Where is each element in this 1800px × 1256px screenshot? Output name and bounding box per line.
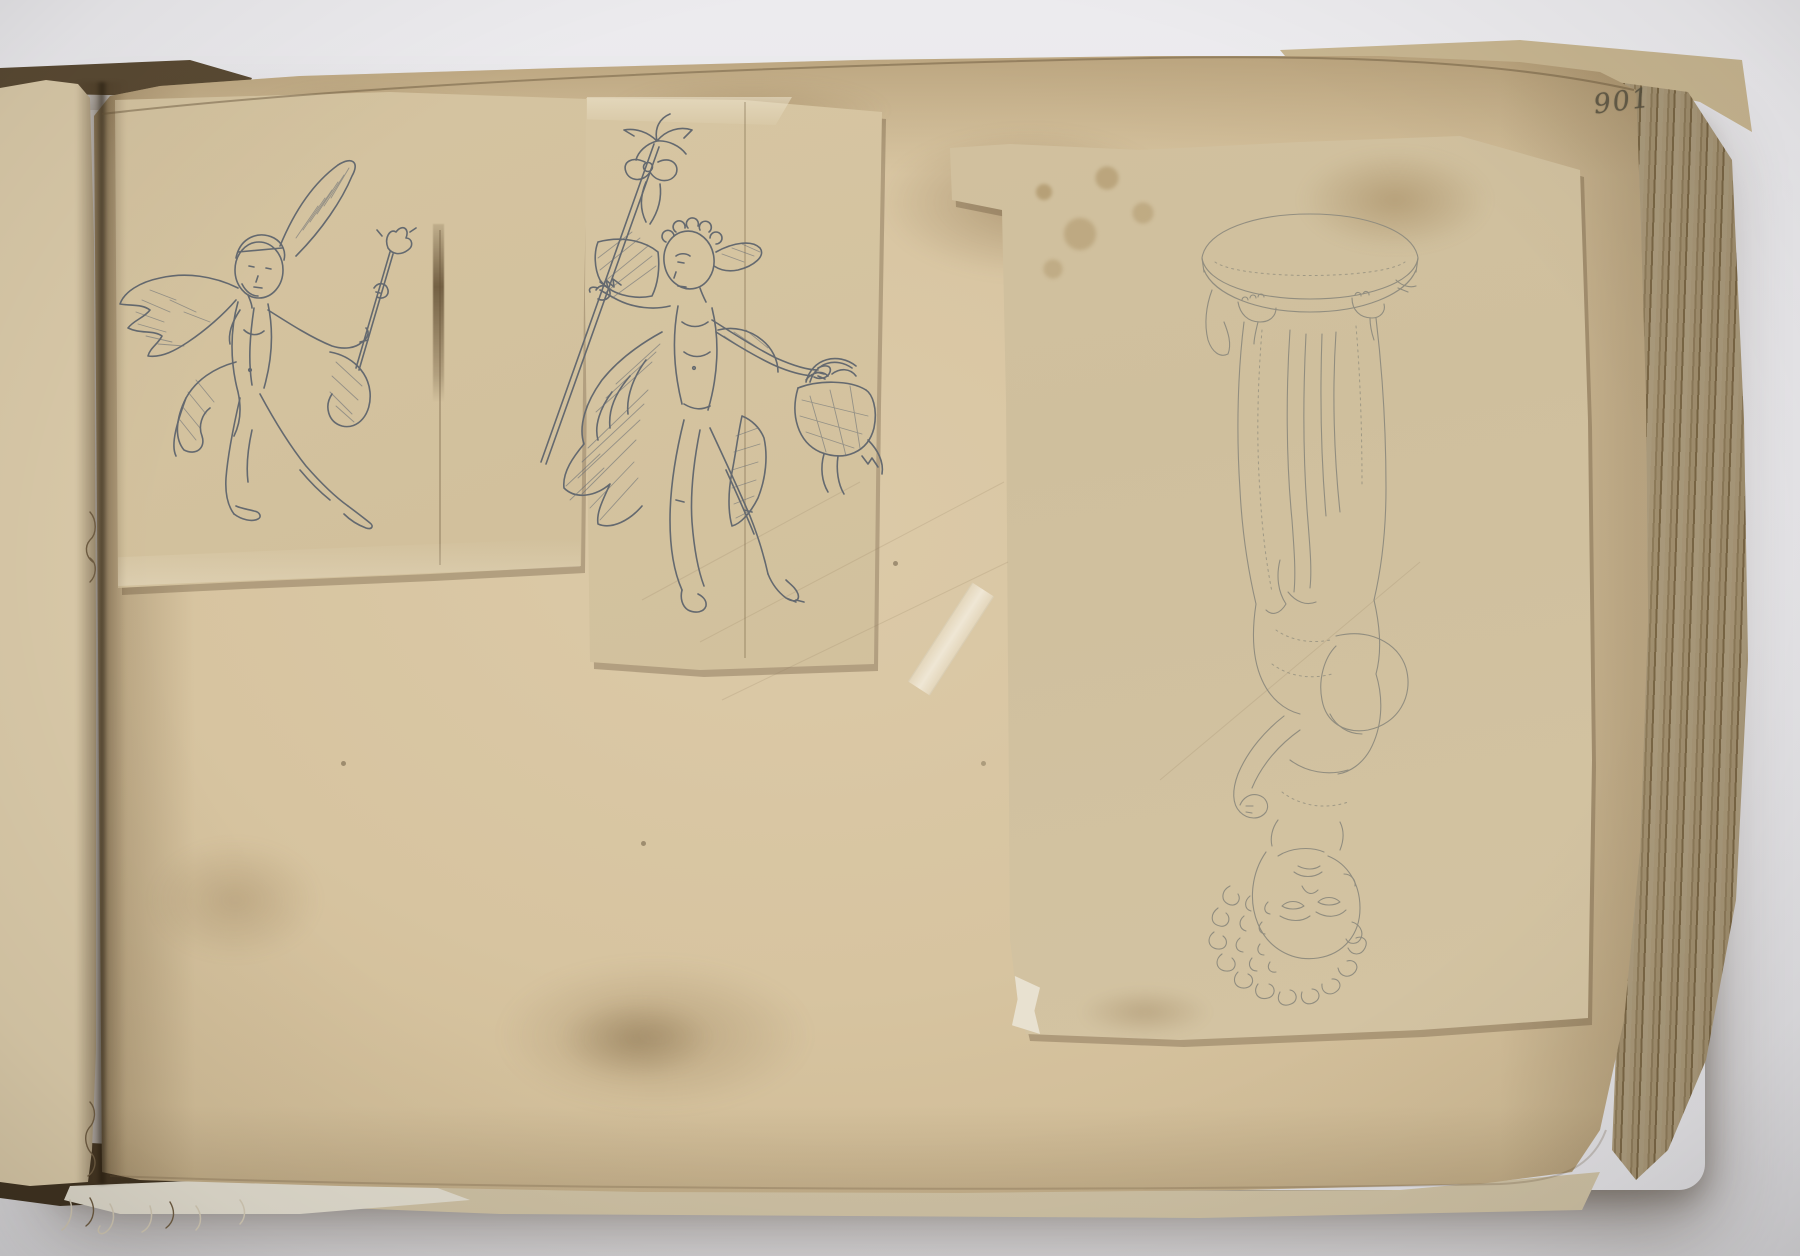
stain xyxy=(1080,988,1210,1036)
crease xyxy=(439,230,441,565)
binding-gutter xyxy=(76,82,126,1184)
crease xyxy=(744,102,746,658)
stain-cluster xyxy=(1008,150,1188,290)
foxing-spots xyxy=(0,0,3,3)
stain xyxy=(150,840,320,960)
stain xyxy=(1300,150,1490,250)
stain xyxy=(560,1000,710,1080)
photographed-sketchbook-spread: 901 xyxy=(0,0,1800,1256)
